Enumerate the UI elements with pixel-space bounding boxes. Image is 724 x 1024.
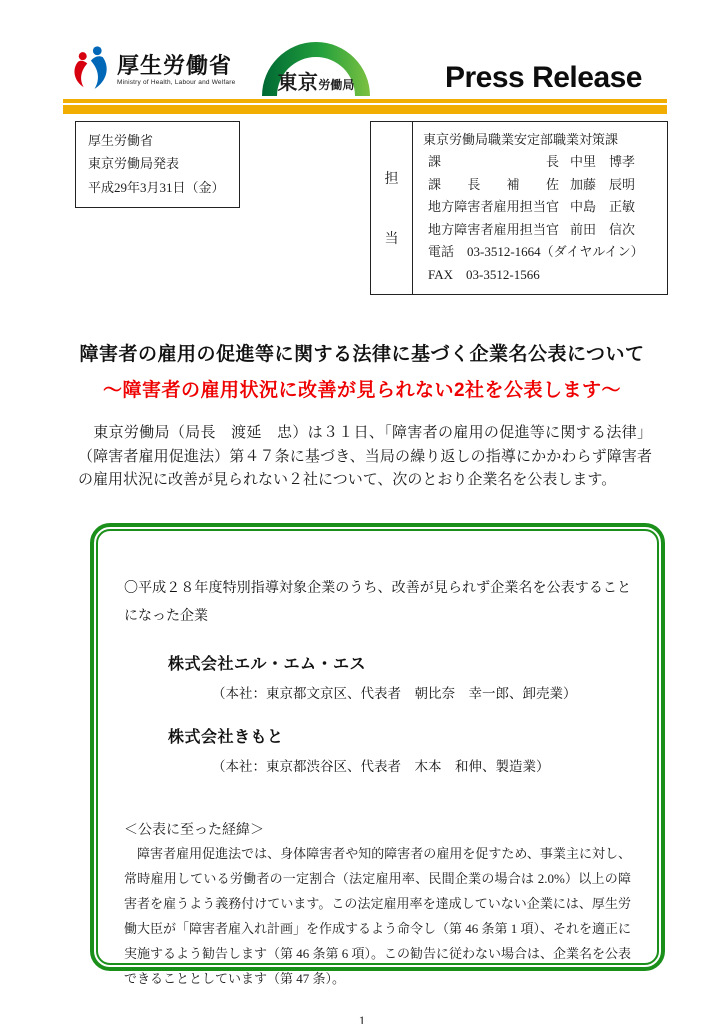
member-name: 加藤 辰明 (570, 177, 635, 192)
page-number: 1 (0, 1013, 724, 1024)
publisher-line: 厚生労働省 (88, 129, 225, 152)
contact-fax: FAX 03-3512-1566 (423, 264, 659, 286)
mhlw-logo: 厚生労働省 Ministry of Health, Labour and Wel… (70, 45, 235, 96)
intro-paragraph: 東京労働局（局長 渡延 忠）は３１日、「障害者の雇用の促進等に関する法律」（障害… (78, 422, 652, 493)
divider-bar-thick (63, 105, 667, 114)
tokyo-labour-bureau-logo: 東京労働局 (259, 38, 373, 96)
press-release-title: Press Release (445, 61, 642, 96)
document-subtitle: ～障害者の雇用状況に改善が見られない2社を公表します～ (0, 375, 724, 402)
contact-side-label: 担 当 (371, 122, 413, 294)
member-role: 課長 (428, 151, 559, 173)
announcement-heading: 〇平成２８年度特別指導対象企業のうち、改善が見られず企業名を公表することになった… (124, 573, 631, 629)
contact-box: 担 当 東京労働局職業安定部職業対策課 課長中里 博孝 課長補佐加藤 辰明 地方… (370, 121, 668, 295)
announcement-box: 〇平成２８年度特別指導対象企業のうち、改善が見られず企業名を公表することになった… (90, 523, 665, 971)
contact-side-char: 担 (385, 168, 399, 188)
document-title: 障害者の雇用の促進等に関する法律に基づく企業名公表について (0, 339, 724, 366)
mhlw-subtitle: Ministry of Health, Labour and Welfare (117, 80, 235, 87)
contact-side-char: 当 (385, 228, 399, 248)
company-name: 株式会社きもと (168, 724, 631, 747)
contact-member-row: 課長中里 博孝 (423, 151, 659, 173)
contact-member-row: 地方障害者雇用担当官前田 信次 (423, 219, 659, 241)
header-divider-bars (63, 99, 667, 114)
info-row: 厚生労働省 東京労働局発表 平成29年3月31日（金） 担 当 東京労働局職業安… (75, 121, 668, 295)
member-role: 地方障害者雇用担当官 (428, 196, 559, 218)
contact-phone: 電話 03-3512-1664（ダイヤルイン） (423, 241, 659, 263)
tokyo-logo-small: 労働局 (318, 78, 354, 92)
header: 厚生労働省 Ministry of Health, Labour and Wel… (0, 0, 724, 96)
contact-member-row: 課長補佐加藤 辰明 (423, 174, 659, 196)
press-release-page: 厚生労働省 Ministry of Health, Labour and Wel… (0, 0, 724, 1024)
member-role: 課長補佐 (428, 174, 559, 196)
publisher-box: 厚生労働省 東京労働局発表 平成29年3月31日（金） (75, 121, 240, 208)
mhlw-logo-text: 厚生労働省 Ministry of Health, Labour and Wel… (117, 55, 235, 87)
tokyo-logo-text: 東京労働局 (277, 66, 354, 95)
contact-main: 東京労働局職業安定部職業対策課 課長中里 博孝 課長補佐加藤 辰明 地方障害者雇… (413, 122, 667, 294)
announcement-box-inner: 〇平成２８年度特別指導対象企業のうち、改善が見られず企業名を公表することになった… (96, 529, 659, 965)
contact-member-row: 地方障害者雇用担当官中島 正敏 (423, 196, 659, 218)
member-role: 地方障害者雇用担当官 (428, 219, 559, 241)
background-text: 障害者雇用促進法では、身体障害者や知的障害者の雇用を促すため、事業主に対し、常時… (124, 842, 631, 992)
contact-department: 東京労働局職業安定部職業対策課 (423, 129, 659, 151)
title-block: 障害者の雇用の促進等に関する法律に基づく企業名公表について ～障害者の雇用状況に… (0, 339, 724, 402)
publisher-line: 平成29年3月31日（金） (88, 176, 225, 199)
member-name: 中里 博孝 (570, 154, 635, 169)
company-name: 株式会社エル・エム・エス (168, 651, 631, 674)
mhlw-logo-icon (70, 45, 110, 96)
member-name: 中島 正敏 (570, 199, 635, 214)
company-details: （本社：東京都渋谷区、代表者 木本 和伸、製造業） (212, 755, 631, 775)
background-heading: ＜公表に至った経緯＞ (124, 819, 631, 839)
member-name: 前田 信次 (570, 222, 635, 237)
publisher-line: 東京労働局発表 (88, 152, 225, 175)
mhlw-title: 厚生労働省 (117, 55, 235, 77)
tokyo-logo-main: 東京 (277, 72, 318, 94)
company-details: （本社：東京都文京区、代表者 朝比奈 幸一郎、卸売業） (212, 682, 631, 702)
